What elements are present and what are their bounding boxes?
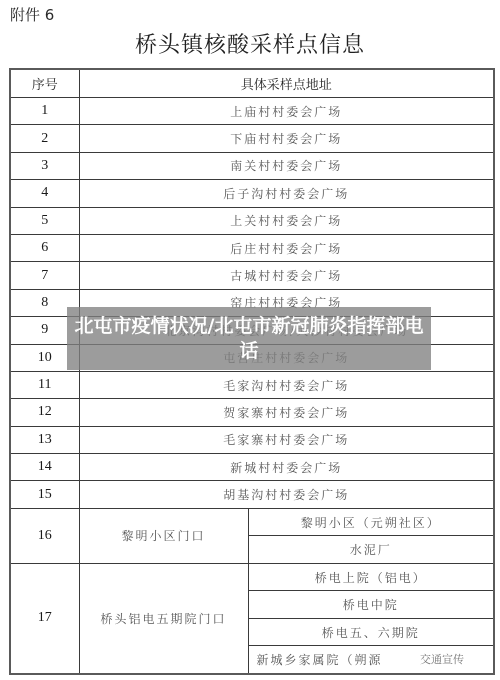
table-row: 12贺家寨村村委会广场 — [10, 399, 494, 426]
header-number: 序号 — [10, 69, 79, 98]
row-address: 毛家沟村村委会广场 — [79, 371, 494, 398]
row-number: 6 — [10, 234, 79, 261]
covered-area: 水泥厂 — [248, 536, 494, 564]
table-row: 15胡基沟村村委会广场 — [10, 481, 494, 508]
row-number: 16 — [10, 508, 79, 563]
attachment-label: 附件 6 — [10, 4, 54, 25]
table-row: 2下庙村村委会广场 — [10, 125, 494, 152]
row-address: 后庄村村委会广场 — [79, 234, 494, 261]
site-name: 桥头铝电五期院门口 — [79, 563, 248, 674]
table-header-row: 序号 具体采样点地址 — [10, 69, 494, 98]
document-title: 桥头镇核酸采样点信息 — [0, 28, 500, 59]
row-address: 上关村村委会广场 — [79, 207, 494, 234]
covered-area: 桥电上院（铝电） — [248, 563, 494, 591]
table-row: 11毛家沟村村委会广场 — [10, 371, 494, 398]
covered-area: 桥电中院 — [248, 591, 494, 619]
covered-area: 黎明小区（元朔社区） — [248, 508, 494, 536]
row-number: 5 — [10, 207, 79, 234]
row-address: 毛家寨村村委会广场 — [79, 426, 494, 453]
row-number: 7 — [10, 262, 79, 289]
table-row: 4后子沟村村委会广场 — [10, 180, 494, 207]
sampling-sites-table: 序号 具体采样点地址 1上庙村村委会广场 2下庙村村委会广场 3南关村村委会广场… — [9, 68, 495, 675]
row-number: 4 — [10, 180, 79, 207]
site-name: 黎明小区门口 — [79, 508, 248, 563]
headline-overlay[interactable]: 北屯市疫情状况/北屯市新冠肺炎指挥部电话 — [67, 307, 431, 370]
row-address: 南关村村委会广场 — [79, 152, 494, 179]
table-row: 5上关村村委会广场 — [10, 207, 494, 234]
row-number: 13 — [10, 426, 79, 453]
table-row: 13毛家寨村村委会广场 — [10, 426, 494, 453]
table-row: 1上庙村村委会广场 — [10, 98, 494, 125]
row-number: 15 — [10, 481, 79, 508]
table-row: 3南关村村委会广场 — [10, 152, 494, 179]
row-number: 14 — [10, 454, 79, 481]
row-number: 17 — [10, 563, 79, 674]
grouped-row-16: 16 黎明小区门口 黎明小区（元朔社区） — [10, 508, 494, 536]
row-number: 12 — [10, 399, 79, 426]
header-address: 具体采样点地址 — [79, 69, 494, 98]
row-address: 上庙村村委会广场 — [79, 98, 494, 125]
covered-area: 桥电五、六期院 — [248, 618, 494, 646]
row-number: 2 — [10, 125, 79, 152]
row-address: 贺家寨村村委会广场 — [79, 399, 494, 426]
headline-text: 北屯市疫情状况/北屯市新冠肺炎指挥部电话 — [74, 314, 424, 364]
row-number: 11 — [10, 371, 79, 398]
row-number: 1 — [10, 98, 79, 125]
row-number: 3 — [10, 152, 79, 179]
grouped-row-17: 17 桥头铝电五期院门口 桥电上院（铝电） — [10, 563, 494, 591]
table-row: 7古城村村委会广场 — [10, 262, 494, 289]
table-row: 6后庄村村委会广场 — [10, 234, 494, 261]
row-address: 新城村村委会广场 — [79, 454, 494, 481]
table-row: 14新城村村委会广场 — [10, 454, 494, 481]
row-address: 古城村村委会广场 — [79, 262, 494, 289]
row-address: 胡基沟村村委会广场 — [79, 481, 494, 508]
row-address: 后子沟村村委会广场 — [79, 180, 494, 207]
row-address: 下庙村村委会广场 — [79, 125, 494, 152]
source-watermark: 交通宣传 — [418, 651, 466, 667]
